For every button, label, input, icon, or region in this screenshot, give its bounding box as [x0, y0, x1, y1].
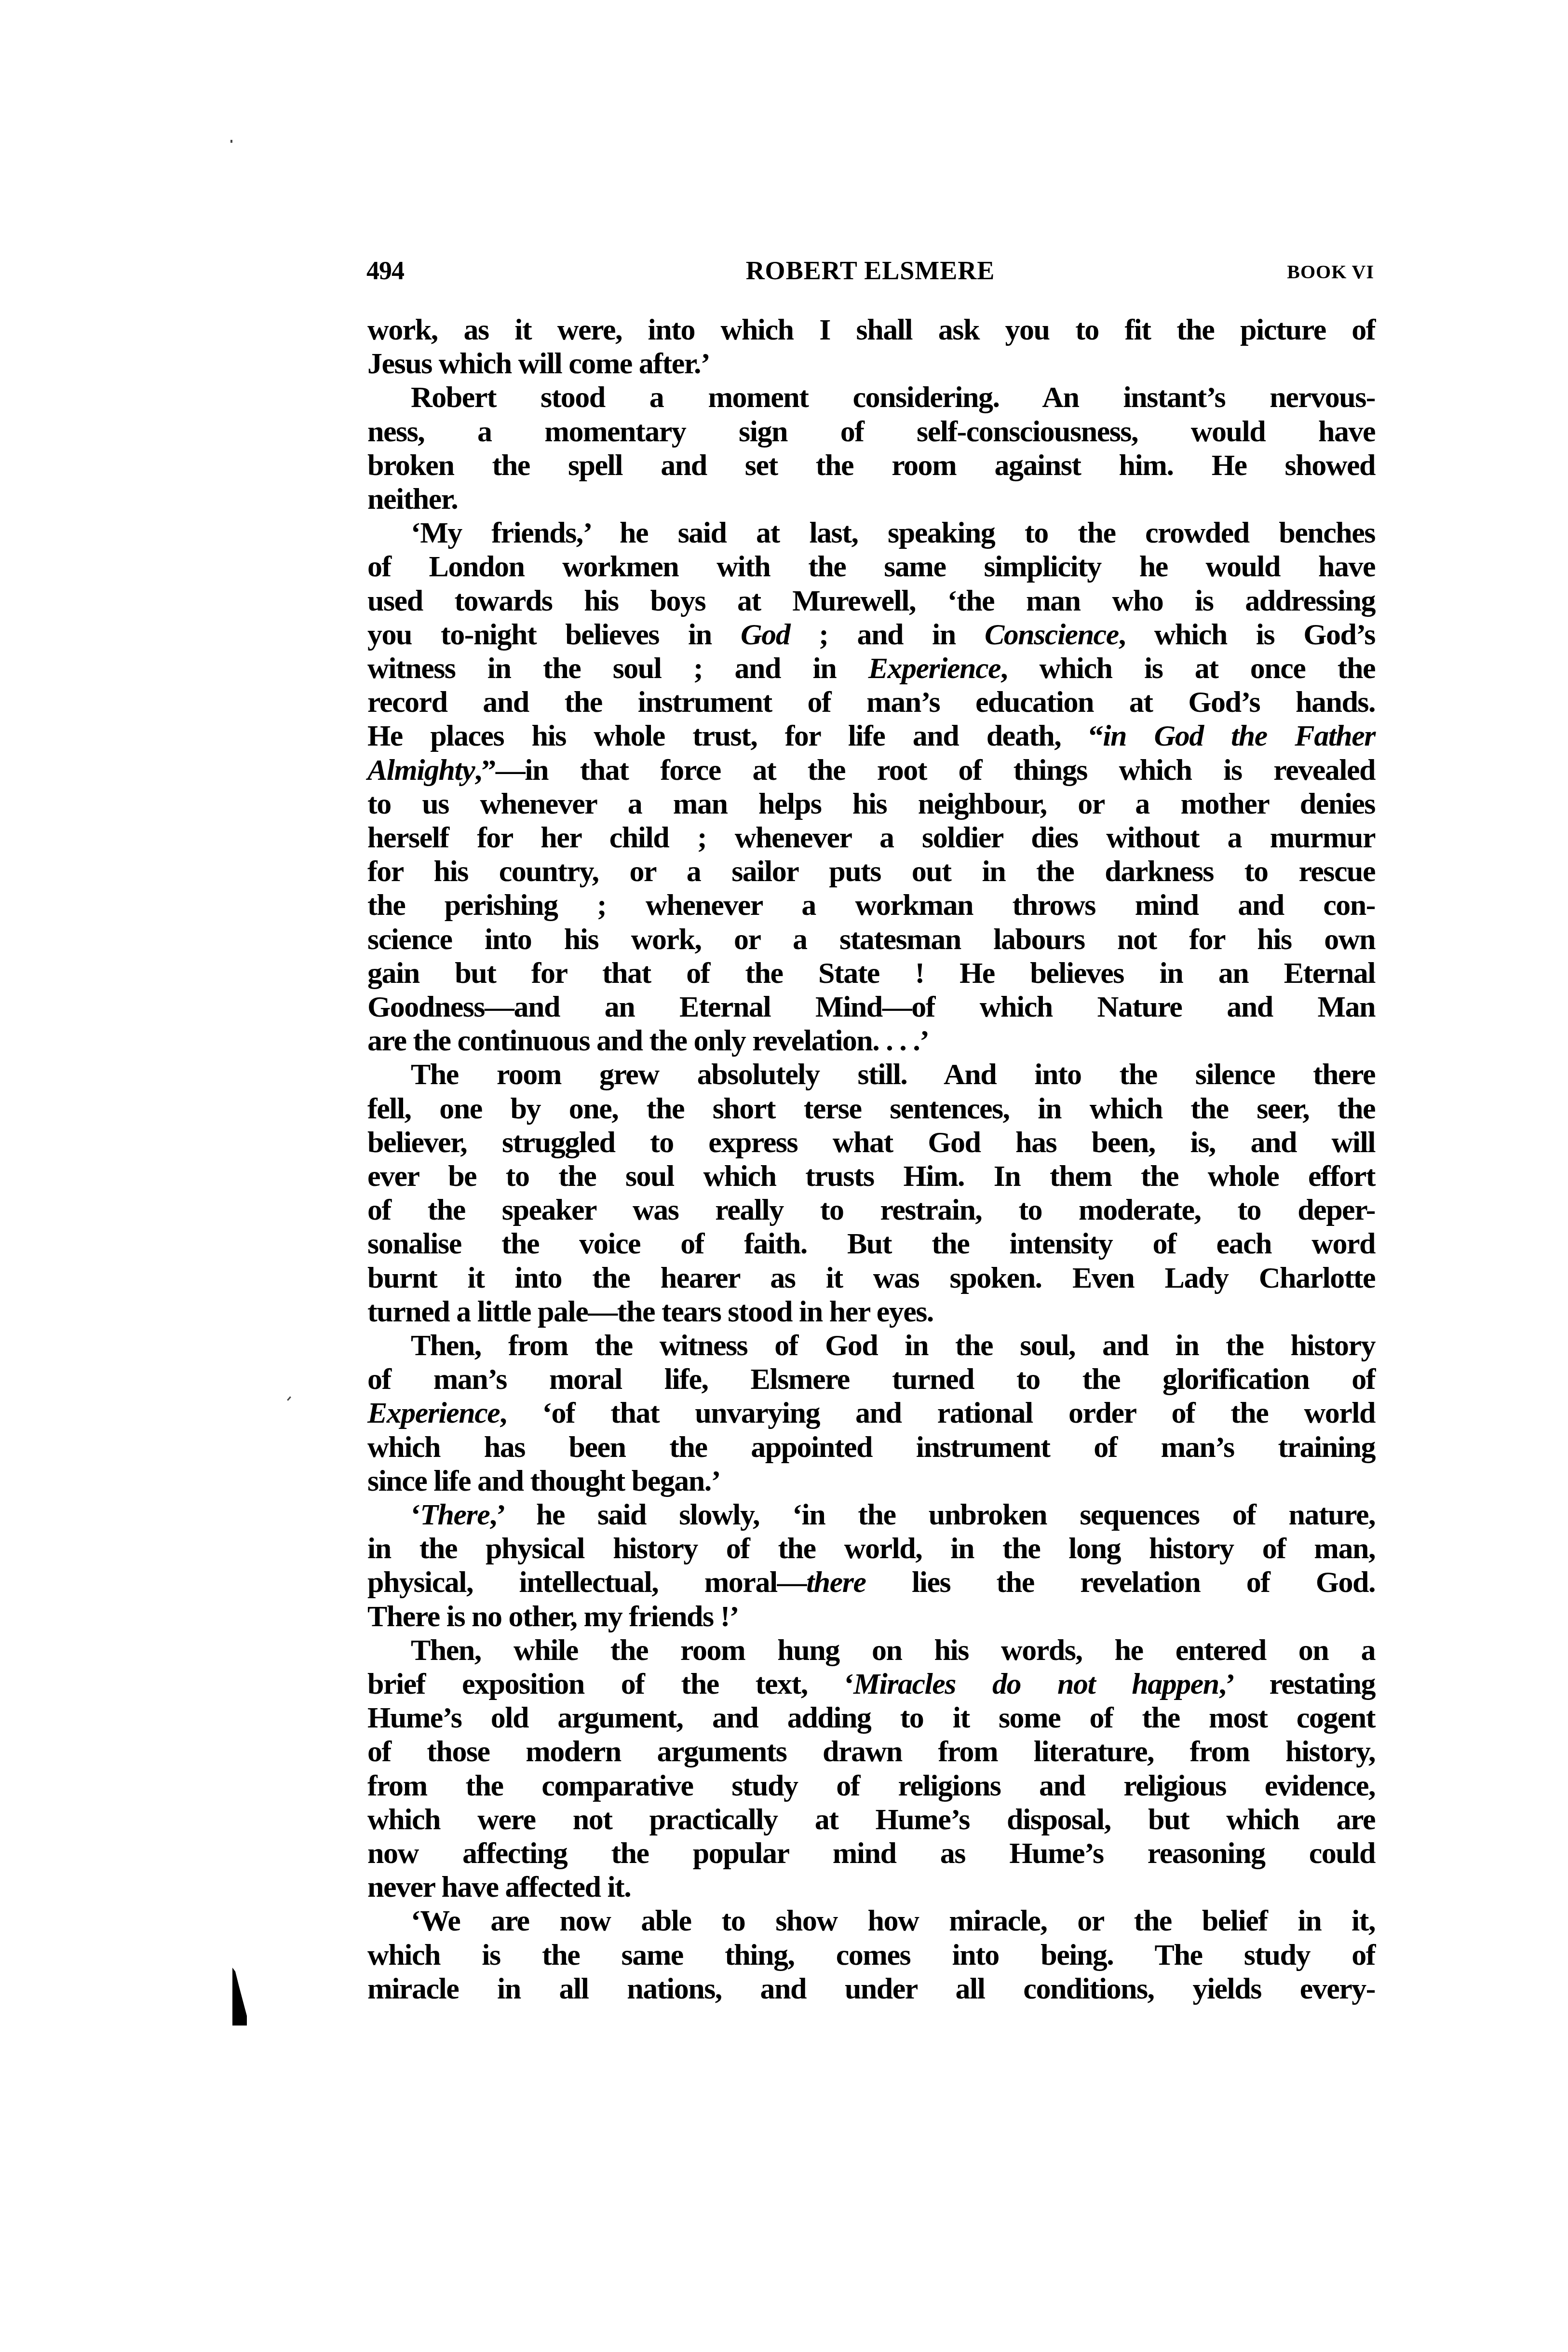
text-line: to us whenever a man helps his neighbour… — [367, 787, 1375, 821]
text-line: since life and thought began.’ — [367, 1464, 1375, 1498]
text-line: Hume’s old argument, and adding to it so… — [367, 1700, 1375, 1735]
text-line: used towards his boys at Murewell, ‘the … — [367, 584, 1375, 618]
running-title: ROBERT ELSMERE — [366, 256, 1374, 286]
text-line: work, as it were, into which I shall ask… — [367, 313, 1375, 347]
text-line: of man’s moral life, Elsmere turned to t… — [367, 1362, 1375, 1397]
text-line: science into his work, or a statesman la… — [367, 922, 1375, 957]
text-line: from the comparative study of religions … — [367, 1768, 1375, 1803]
text-line: ness, a momentary sign of self-conscious… — [367, 414, 1375, 449]
text-line: believer, struggled to express what God … — [367, 1125, 1375, 1160]
text-line: Almighty,”—in that force at the root of … — [367, 753, 1375, 788]
text-line: burnt it into the hearer as it was spoke… — [367, 1261, 1375, 1295]
text-line: broken the spell and set the room agains… — [367, 448, 1375, 483]
text-line: in the physical history of the world, in… — [367, 1531, 1375, 1566]
text-line: never have affected it. — [367, 1870, 1375, 1904]
text-line: for his country, or a sailor puts out in… — [367, 854, 1375, 889]
text-line: He places his whole trust, for life and … — [367, 719, 1375, 753]
text-line: now affecting the popular mind as Hume’s… — [367, 1836, 1375, 1871]
text-line: are the continuous and the only revelati… — [367, 1023, 1375, 1058]
text-line: of the speaker was really to restrain, t… — [367, 1193, 1375, 1227]
text-line: Experience, ‘of that unvarying and ratio… — [367, 1396, 1375, 1430]
text-line: gain but for that of the State ! He beli… — [367, 956, 1375, 991]
scan-speck — [287, 1396, 291, 1401]
text-line: herself for her child ; whenever a soldi… — [367, 820, 1375, 855]
text-line: Robert stood a moment considering. An in… — [411, 380, 1375, 415]
text-line: fell, one by one, the short terse senten… — [367, 1091, 1375, 1126]
text-line: miracle in all nations, and under all co… — [367, 1971, 1375, 2006]
book-page: 494 ROBERT ELSMERE BOOK VI work, as it w… — [0, 0, 1568, 2352]
text-line: sonalise the voice of faith. But the int… — [367, 1226, 1375, 1261]
text-line: ever be to the soul which trusts Him. In… — [367, 1159, 1375, 1194]
text-line: physical, intellectual, moral—there lies… — [367, 1565, 1375, 1600]
text-line: Jesus which will come after.’ — [367, 346, 1375, 381]
book-label: BOOK VI — [1287, 260, 1374, 283]
text-line: ‘My friends,’ he said at last, speaking … — [411, 516, 1375, 550]
text-line: turned a little pale—the tears stood in … — [367, 1294, 1375, 1329]
text-line: of those modern arguments drawn from lit… — [367, 1734, 1375, 1769]
text-line: ‘We are now able to show how miracle, or… — [411, 1903, 1375, 1938]
text-line: Goodness—and an Eternal Mind—of which Na… — [367, 990, 1375, 1024]
text-line: witness in the soul ; and in Experience,… — [367, 651, 1375, 686]
text-line: which has been the appointed instrument … — [367, 1430, 1375, 1465]
scan-speck — [230, 140, 232, 143]
text-line: you to-night believes in God ; and in Co… — [367, 617, 1375, 652]
text-line: Then, while the room hung on his words, … — [411, 1633, 1375, 1668]
text-line: Then, from the witness of God in the sou… — [411, 1328, 1375, 1363]
text-line: neither. — [367, 482, 1375, 517]
text-line: which is the same thing, comes into bein… — [367, 1938, 1375, 1972]
running-header: 494 ROBERT ELSMERE BOOK VI — [366, 256, 1374, 289]
text-line: record and the instrument of man’s educa… — [367, 685, 1375, 720]
text-line: the perishing ; whenever a workman throw… — [367, 888, 1375, 923]
wedge-marker-icon — [232, 1968, 248, 2026]
text-line: The room grew absolutely still. And into… — [411, 1057, 1375, 1092]
text-line: of London workmen with the same simplici… — [367, 549, 1375, 584]
text-line: ‘There,’ he said slowly, ‘in the unbroke… — [411, 1497, 1375, 1532]
text-line: which were not practically at Hume’s dis… — [367, 1802, 1375, 1837]
text-line: brief exposition of the text, ‘Miracles … — [367, 1667, 1375, 1701]
text-line: There is no other, my friends !’ — [367, 1599, 1375, 1634]
